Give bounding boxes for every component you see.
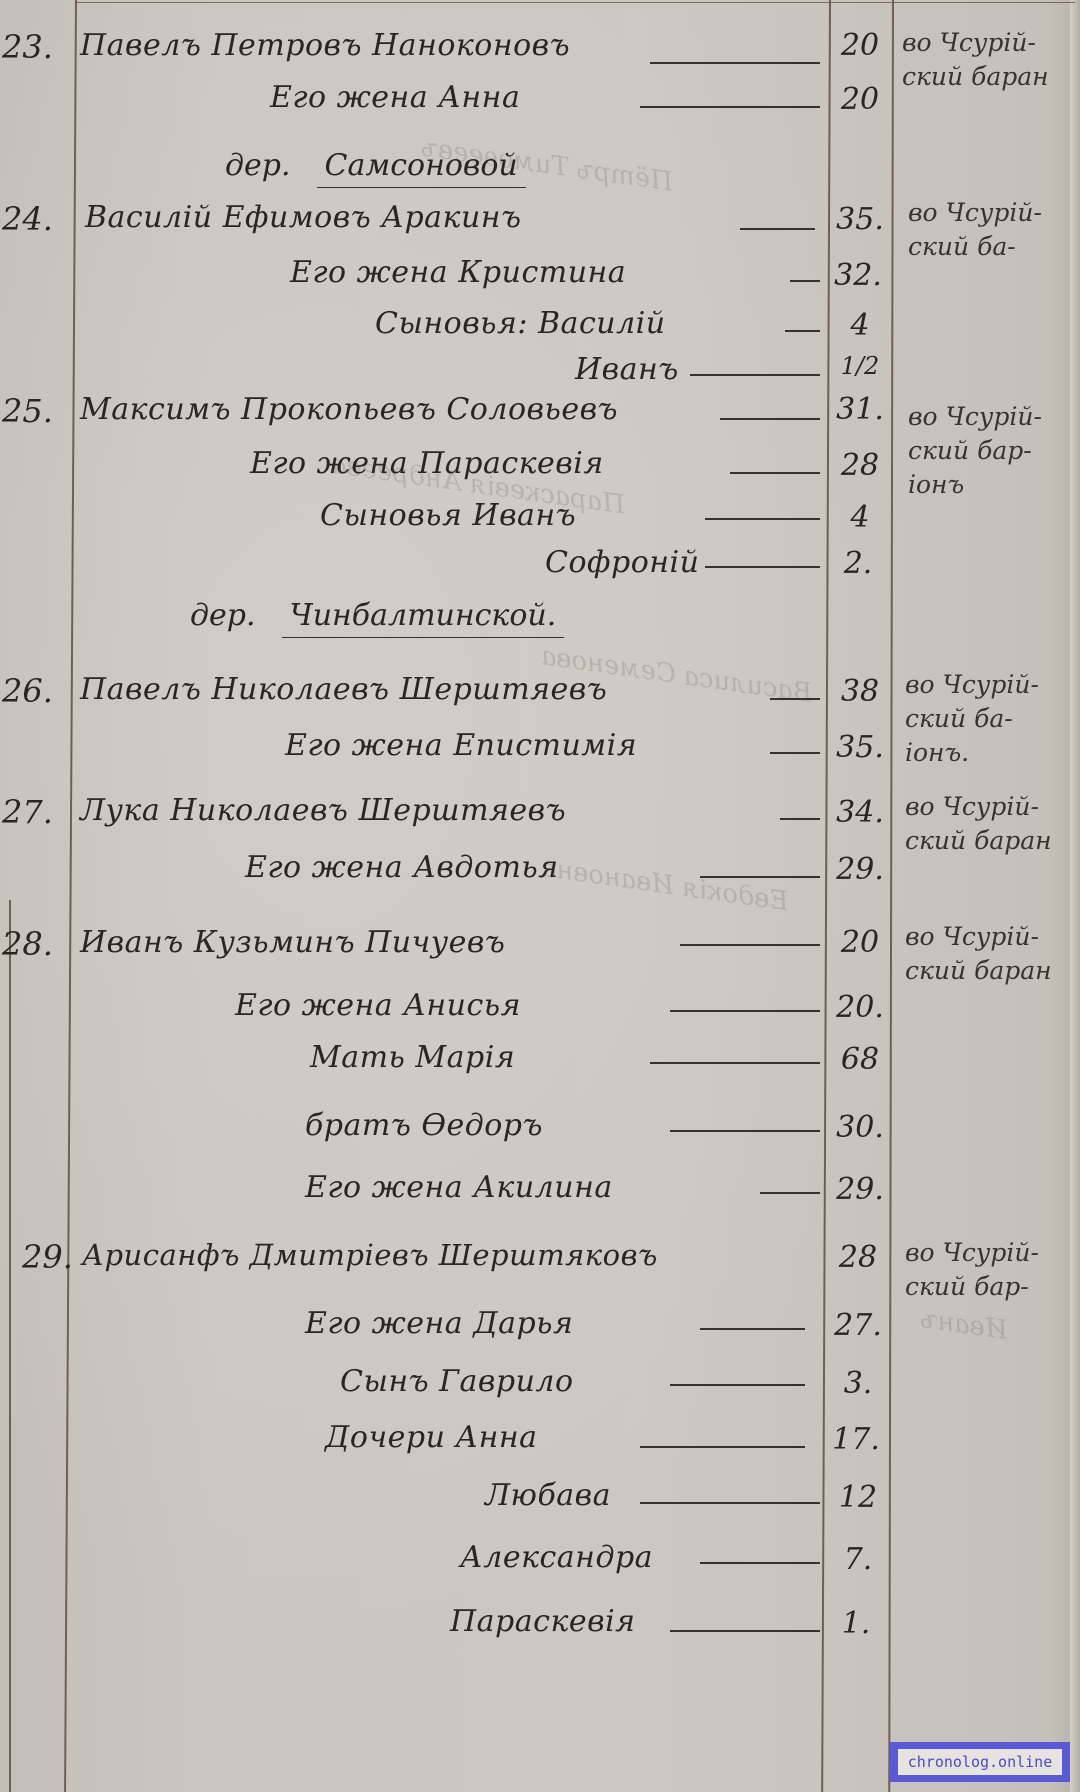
age: 2. — [828, 546, 888, 581]
age: 1/2 — [830, 352, 890, 380]
age: 29. — [830, 852, 890, 887]
age: 28 — [828, 1240, 888, 1275]
remark: во Чсурій- ский бар- — [905, 1236, 1039, 1304]
age: 7. — [828, 1542, 888, 1577]
family-member: братъ Өедоръ — [305, 1108, 543, 1143]
fill-dash — [700, 1328, 805, 1330]
fill-dash — [720, 418, 820, 420]
remark: во Чсурій- ский баран — [902, 26, 1049, 94]
age: 4 — [830, 308, 890, 343]
bleed-through-text: Евдокія Ивановна — [539, 853, 790, 917]
age: 20. — [830, 990, 890, 1025]
family-member: Параскевія — [450, 1604, 636, 1639]
fill-dash — [705, 566, 820, 568]
watermark-badge: chronolog.online — [890, 1742, 1070, 1782]
age: 3. — [828, 1366, 888, 1401]
family-member: Софроній — [545, 545, 699, 580]
age: 1. — [826, 1606, 886, 1641]
age: 34. — [830, 795, 890, 830]
age: 4 — [830, 500, 890, 535]
household-number: 24. — [2, 200, 53, 238]
fill-dash — [770, 698, 820, 700]
age: 28 — [830, 448, 890, 483]
age: 35. — [830, 202, 890, 237]
head-of-household: Максимъ Прокопьевъ Соловьевъ — [80, 392, 618, 427]
remark: во Чсурій- ский ба- — [908, 196, 1042, 264]
family-member: Его жена Параскевія — [250, 446, 604, 481]
age: 17. — [826, 1422, 886, 1457]
fill-dash — [690, 374, 820, 376]
fill-dash — [790, 280, 820, 282]
bleed-through-text: Иванъ — [918, 1304, 1009, 1346]
remark: во Чсурій- ский бар- іонъ — [908, 400, 1042, 502]
fill-dash — [680, 944, 820, 946]
outer-margin-rule — [9, 900, 11, 1792]
household-number: 26. — [2, 672, 53, 710]
family-member: Его жена Авдотья — [245, 850, 559, 885]
fill-dash — [760, 1192, 820, 1194]
watermark-text: chronolog.online — [898, 1749, 1062, 1775]
register-page: Пётръ Тимоѳеевъ Параскевія Андреева Васи… — [0, 0, 1080, 1792]
fill-dash — [640, 1446, 805, 1448]
village-heading: дер.Самсоновой — [225, 148, 526, 183]
age: 29. — [830, 1172, 890, 1207]
family-member: Его жена Епистимія — [285, 728, 637, 763]
book-binding-shadow — [1070, 0, 1080, 1792]
age: 27. — [828, 1308, 888, 1343]
household-number: 27. — [2, 793, 53, 831]
age: 20 — [830, 28, 890, 63]
age: 20 — [830, 82, 890, 117]
fill-dash — [670, 1630, 820, 1632]
family-member: Его жена Кристина — [290, 255, 626, 290]
age: 38 — [830, 674, 890, 709]
fill-dash — [700, 876, 820, 878]
fill-dash — [705, 518, 820, 520]
fill-dash — [670, 1010, 820, 1012]
fill-dash — [730, 472, 820, 474]
remark: во Чсурій- ский баран — [905, 920, 1052, 988]
age: 68 — [830, 1042, 890, 1077]
family-member: Дочери Анна — [325, 1420, 538, 1455]
age: 30. — [830, 1110, 890, 1145]
head-of-household: Арисанфъ Дмитріевъ Шерштяковъ — [82, 1238, 658, 1272]
head-of-household: Лука Николаевъ Шерштяевъ — [80, 793, 566, 828]
family-member: Любава — [485, 1478, 611, 1513]
fill-dash — [670, 1130, 820, 1132]
fill-dash — [670, 1384, 805, 1386]
head-of-household: Павелъ Петровъ Наноконовъ — [80, 28, 570, 63]
head-of-household: Василій Ефимовъ Аракинъ — [85, 200, 522, 235]
family-member: Иванъ — [575, 352, 679, 387]
fill-dash — [650, 62, 820, 64]
remark: во Чсурій- ский ба- іонъ. — [905, 668, 1039, 770]
fill-dash — [780, 818, 820, 820]
head-of-household: Иванъ Кузьминъ Пичуевъ — [80, 925, 505, 960]
age: 31. — [830, 392, 890, 427]
family-member: Сыновья Иванъ — [320, 498, 576, 533]
family-member: Мать Марія — [310, 1040, 515, 1075]
fill-dash — [770, 752, 820, 754]
fill-dash — [785, 330, 820, 332]
fill-dash — [700, 1562, 820, 1564]
remark: во Чсурій- ский баран — [905, 790, 1052, 858]
family-member: Сыновья: Василій — [375, 306, 666, 341]
family-member: Сынъ Гаврило — [340, 1364, 574, 1399]
family-member: Александра — [460, 1540, 653, 1575]
head-of-household: Павелъ Николаевъ Шерштяевъ — [80, 672, 607, 707]
fill-dash — [740, 228, 815, 230]
number-column-rule — [64, 0, 76, 1792]
family-member: Его жена Акилина — [305, 1170, 613, 1205]
village-heading: дер.Чинбалтинской. — [190, 598, 564, 633]
age: 32. — [828, 258, 888, 293]
fill-dash — [640, 106, 820, 108]
age: 35. — [830, 730, 890, 765]
top-rule — [75, 2, 1075, 3]
age-column-right-rule — [888, 0, 893, 1792]
household-number: 23. — [2, 28, 53, 66]
family-member: Его жена Дарья — [305, 1306, 573, 1341]
family-member: Его жена Анна — [270, 80, 520, 115]
household-number: 25. — [2, 392, 53, 430]
age: 12 — [828, 1480, 888, 1515]
fill-dash — [640, 1502, 820, 1504]
age: 20 — [830, 925, 890, 960]
household-number: 29. — [22, 1238, 73, 1276]
fill-dash — [650, 1062, 820, 1064]
household-number: 28. — [2, 925, 53, 963]
family-member: Его жена Анисья — [235, 988, 521, 1023]
